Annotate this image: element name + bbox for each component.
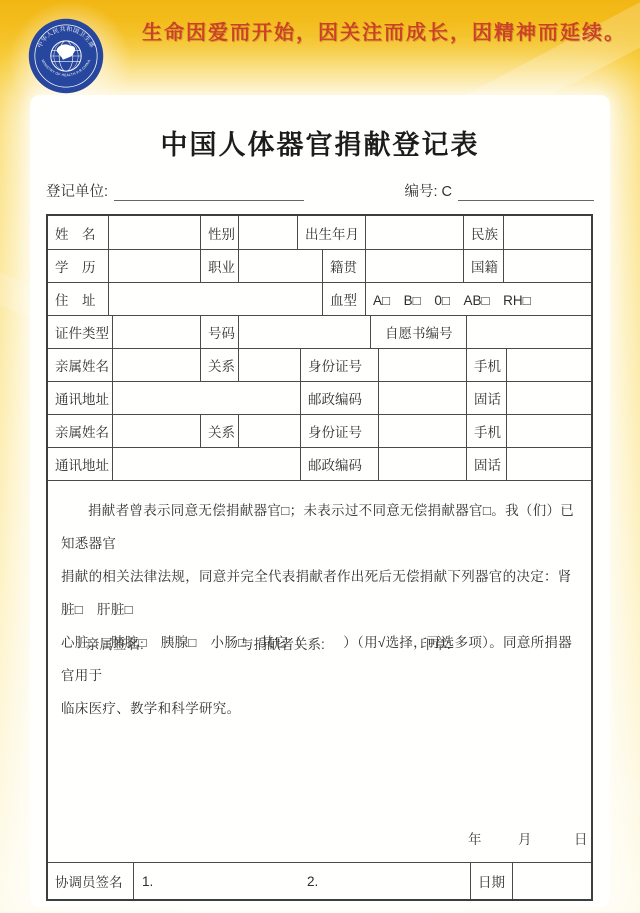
- education-input-cell: [108, 250, 200, 282]
- postcode-label-cell-2: 邮政编码: [300, 448, 378, 480]
- id-card-input-cell: [378, 349, 466, 381]
- occupation-input-cell: [238, 250, 322, 282]
- date-line: 年 月 日: [48, 828, 591, 846]
- id-card-label-cell-2: 身份证号: [300, 415, 378, 447]
- relative-name-input-cell-2: [112, 415, 200, 447]
- coordinator-row: 协调员签名 1. 2. 日期: [48, 862, 591, 899]
- relation-label-cell: 关系: [200, 349, 238, 381]
- month-label: 月: [518, 828, 532, 848]
- mobile-label-cell-2: 手机: [466, 415, 506, 447]
- id-card-label-cell: 身份证号: [300, 349, 378, 381]
- registration-table: 姓 名 性别 出生年月 民族 学 历 职业 籍贯 国籍 住 址: [46, 214, 593, 901]
- id-number-input-cell: [238, 316, 370, 348]
- education-label-cell: 学 历: [48, 250, 108, 282]
- row-relative1: 亲属姓名 关系 身份证号 手机: [48, 348, 591, 381]
- mail-address-input-cell: [112, 382, 300, 414]
- coordinator-signature-label-cell: 协调员签名: [48, 863, 133, 899]
- day-label: 日: [574, 828, 588, 848]
- row-education-occupation: 学 历 职业 籍贯 国籍: [48, 249, 591, 282]
- header-banner: 中华人民共和国卫生部 MINISTRY OF HEALTH P.R.CHINA …: [0, 0, 640, 96]
- relative-name-input-cell: [112, 349, 200, 381]
- row-name-gender-birth-ethnic: 姓 名 性别 出生年月 民族: [48, 216, 591, 249]
- year-label: 年: [468, 828, 482, 848]
- landline-label-cell: 固话: [466, 382, 506, 414]
- row-contact2: 通讯地址 邮政编码 固话: [48, 447, 591, 480]
- consent-line-2: 捐献的相关法律法规，同意并完全代表捐献者作出死后无偿捐献下列器官的决定：肾脏□ …: [61, 560, 579, 626]
- form-title: 中国人体器官捐献登记表: [30, 123, 610, 162]
- landline-input-cell-2: [506, 448, 591, 480]
- nationality-label-cell: 国籍: [463, 250, 503, 282]
- nationality-input-cell: [503, 250, 591, 282]
- relative-name-label-cell-2: 亲属姓名: [48, 415, 112, 447]
- registry-unit-label: 登记单位:: [46, 180, 108, 201]
- occupation-label-cell: 职业: [200, 250, 238, 282]
- birth-label-cell: 出生年月: [297, 216, 365, 249]
- blood-type-options-cell: A□ B□ 0□ AB□ RH□: [365, 283, 591, 315]
- id-number-label-cell: 号码: [200, 316, 238, 348]
- row-address-blood: 住 址 血型 A□ B□ 0□ AB□ RH□: [48, 282, 591, 315]
- postcode-input-cell-2: [378, 448, 466, 480]
- postcode-input-cell: [378, 382, 466, 414]
- mail-address-input-cell-2: [112, 448, 300, 480]
- registry-unit-underline: [114, 184, 304, 201]
- consent-line-4: 临床医疗、教学和科学研究。: [61, 692, 579, 725]
- ethnic-input-cell: [503, 216, 591, 249]
- native-place-input-cell: [365, 250, 463, 282]
- address-input-cell: [108, 283, 322, 315]
- mail-address-label-cell-2: 通讯地址: [48, 448, 112, 480]
- gender-input-cell: [238, 216, 297, 249]
- coordinator-date-label-cell: 日期: [470, 863, 512, 899]
- serial-number-underline: [458, 184, 594, 201]
- gender-label-cell: 性别: [200, 216, 238, 249]
- moh-emblem-icon: 中华人民共和国卫生部 MINISTRY OF HEALTH P.R.CHINA: [28, 18, 104, 94]
- name-input-cell: [108, 216, 200, 249]
- landline-label-cell-2: 固话: [466, 448, 506, 480]
- consent-section: 捐献者曾表示同意无偿捐献器官□；未表示过不同意无偿捐献器官□。我（们）已知悉器官…: [48, 480, 591, 862]
- landline-input-cell: [506, 382, 591, 414]
- mobile-label-cell: 手机: [466, 349, 506, 381]
- coordinator-slot-2: 2.: [307, 874, 318, 889]
- mobile-input-cell-2: [506, 415, 591, 447]
- banner-slogan: 生命因爱而开始，因关注而成长，因精神而延续。: [142, 16, 626, 45]
- id-type-input-cell: [112, 316, 200, 348]
- address-label-cell: 住 址: [48, 283, 108, 315]
- volunteer-no-input-cell: [466, 316, 591, 348]
- blood-type-label-cell: 血型: [322, 283, 365, 315]
- coordinator-slot-1: 1.: [142, 874, 153, 889]
- name-label-cell: 姓 名: [48, 216, 108, 249]
- id-type-label-cell: 证件类型: [48, 316, 112, 348]
- signature-line: 亲属签名: 与捐献者关系: 印章:: [48, 633, 591, 653]
- relation-label-cell-2: 关系: [200, 415, 238, 447]
- birth-input-cell: [365, 216, 463, 249]
- consent-line-1: 捐献者曾表示同意无偿捐献器官□；未表示过不同意无偿捐献器官□。我（们）已知悉器官: [61, 494, 579, 560]
- mobile-input-cell: [506, 349, 591, 381]
- mail-address-label-cell: 通讯地址: [48, 382, 112, 414]
- coordinator-date-input-cell: [512, 863, 591, 899]
- relative-signature-label: 亲属签名:: [86, 633, 144, 653]
- id-card-input-cell-2: [378, 415, 466, 447]
- row-relative2: 亲属姓名 关系 身份证号 手机: [48, 414, 591, 447]
- registry-line: 登记单位: 编号: C: [46, 180, 594, 201]
- seal-label: 印章:: [420, 633, 451, 653]
- ministry-of-health-logo: 中华人民共和国卫生部 MINISTRY OF HEALTH P.R.CHINA: [22, 12, 110, 100]
- row-id-volunteer: 证件类型 号码 自愿书编号: [48, 315, 591, 348]
- volunteer-no-label-cell: 自愿书编号: [370, 316, 466, 348]
- form-paper: 中国人体器官捐献登记表 登记单位: 编号: C 姓 名 性别 出生年月 民族: [30, 95, 610, 907]
- native-place-label-cell: 籍贯: [322, 250, 365, 282]
- relative-name-label-cell: 亲属姓名: [48, 349, 112, 381]
- relation-to-donor-label: 与捐献者关系:: [240, 633, 325, 653]
- row-contact1: 通讯地址 邮政编码 固话: [48, 381, 591, 414]
- coordinator-signature-slots-cell: 1. 2.: [133, 863, 470, 899]
- consent-paragraph: 捐献者曾表示同意无偿捐献器官□；未表示过不同意无偿捐献器官□。我（们）已知悉器官…: [48, 481, 591, 725]
- page-background: 中华人民共和国卫生部 MINISTRY OF HEALTH P.R.CHINA …: [0, 0, 640, 913]
- ethnic-label-cell: 民族: [463, 216, 503, 249]
- postcode-label-cell: 邮政编码: [300, 382, 378, 414]
- relation-input-cell-2: [238, 415, 300, 447]
- relation-input-cell: [238, 349, 300, 381]
- serial-number-label: 编号: C: [404, 180, 452, 201]
